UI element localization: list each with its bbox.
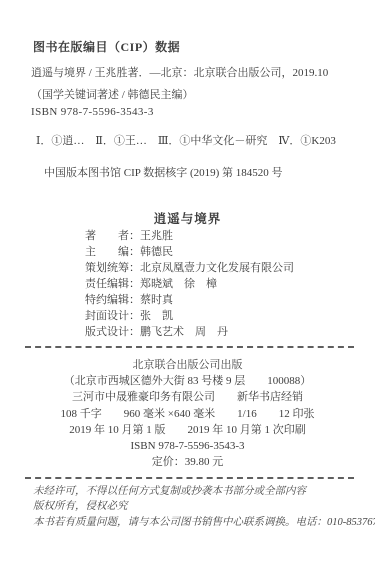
cip-classification-line: Ⅰ．①逍… Ⅱ．①王… Ⅲ．①中华文化－研究 Ⅳ．①K203 — [36, 132, 336, 148]
isbn-line: ISBN 978-7-5596-3543-3 — [0, 438, 375, 454]
credit-chief-editor: 主 编：韩德民 — [85, 244, 294, 260]
notice-rights-line: 版权所有，侵权必究 — [33, 499, 375, 514]
cip-isbn-line: ISBN 978-7-5596-3543-3 — [31, 106, 154, 118]
cip-bibliography-line: 逍遥与境界 / 王兆胜著．—北京：北京联合出版公司，2019.10 — [31, 64, 328, 80]
publisher-line: 北京联合出版公司出版 — [0, 357, 375, 373]
book-title: 逍遥与境界 — [0, 209, 375, 227]
notice-no-copy-line: 未经许可，不得以任何方式复制或抄袭本书部分或全部内容 — [33, 484, 375, 499]
format-line: 108 千字 960 毫米 ×640 毫米 1/16 12 印张 — [0, 406, 375, 422]
dashed-divider-top — [25, 346, 354, 348]
cip-header: 图书在版编目（CIP）数据 — [33, 38, 180, 55]
cip-registration-line: 中国版本图书馆 CIP 数据核字 (2019) 第 184520 号 — [44, 164, 283, 180]
credit-layout-design: 版式设计：鹏飞艺术 周 丹 — [85, 324, 294, 340]
publication-info: 北京联合出版公司出版 （北京市西城区德外大街 83 号楼 9 层 100088）… — [0, 357, 375, 470]
notice-quality-line: 本书若有质量问题，请与本公司图书销售中心联系调换。电话：010-85376701 — [33, 515, 375, 530]
credit-author: 著 者：王兆胜 — [85, 228, 294, 244]
copyright-notice: 未经许可，不得以任何方式复制或抄袭本书部分或全部内容 版权所有，侵权必究 本书若… — [33, 484, 375, 530]
copyright-page: 图书在版编目（CIP）数据 逍遥与境界 / 王兆胜著．—北京：北京联合出版公司，… — [0, 0, 375, 565]
price-line: 定价：39.80 元 — [0, 454, 375, 470]
cip-series-line: （国学关键词著述 / 韩德民主编） — [31, 86, 194, 102]
dashed-divider-bottom — [25, 477, 354, 479]
printer-distributor-line: 三河市中晟雅豪印务有限公司 新华书店经销 — [0, 389, 375, 405]
credit-contributing-editor: 特约编辑：蔡时真 — [85, 292, 294, 308]
credit-planning: 策划统筹：北京凤凰壹力文化发展有限公司 — [85, 260, 294, 276]
credits-list: 著 者：王兆胜 主 编：韩德民 策划统筹：北京凤凰壹力文化发展有限公司 责任编辑… — [85, 228, 294, 340]
credit-cover-design: 封面设计：张 凯 — [85, 308, 294, 324]
edition-line: 2019 年 10 月第 1 版 2019 年 10 月第 1 次印刷 — [0, 422, 375, 438]
publisher-address-line: （北京市西城区德外大街 83 号楼 9 层 100088） — [0, 373, 375, 389]
credit-responsible-editor: 责任编辑：郑晓斌 徐 樟 — [85, 276, 294, 292]
